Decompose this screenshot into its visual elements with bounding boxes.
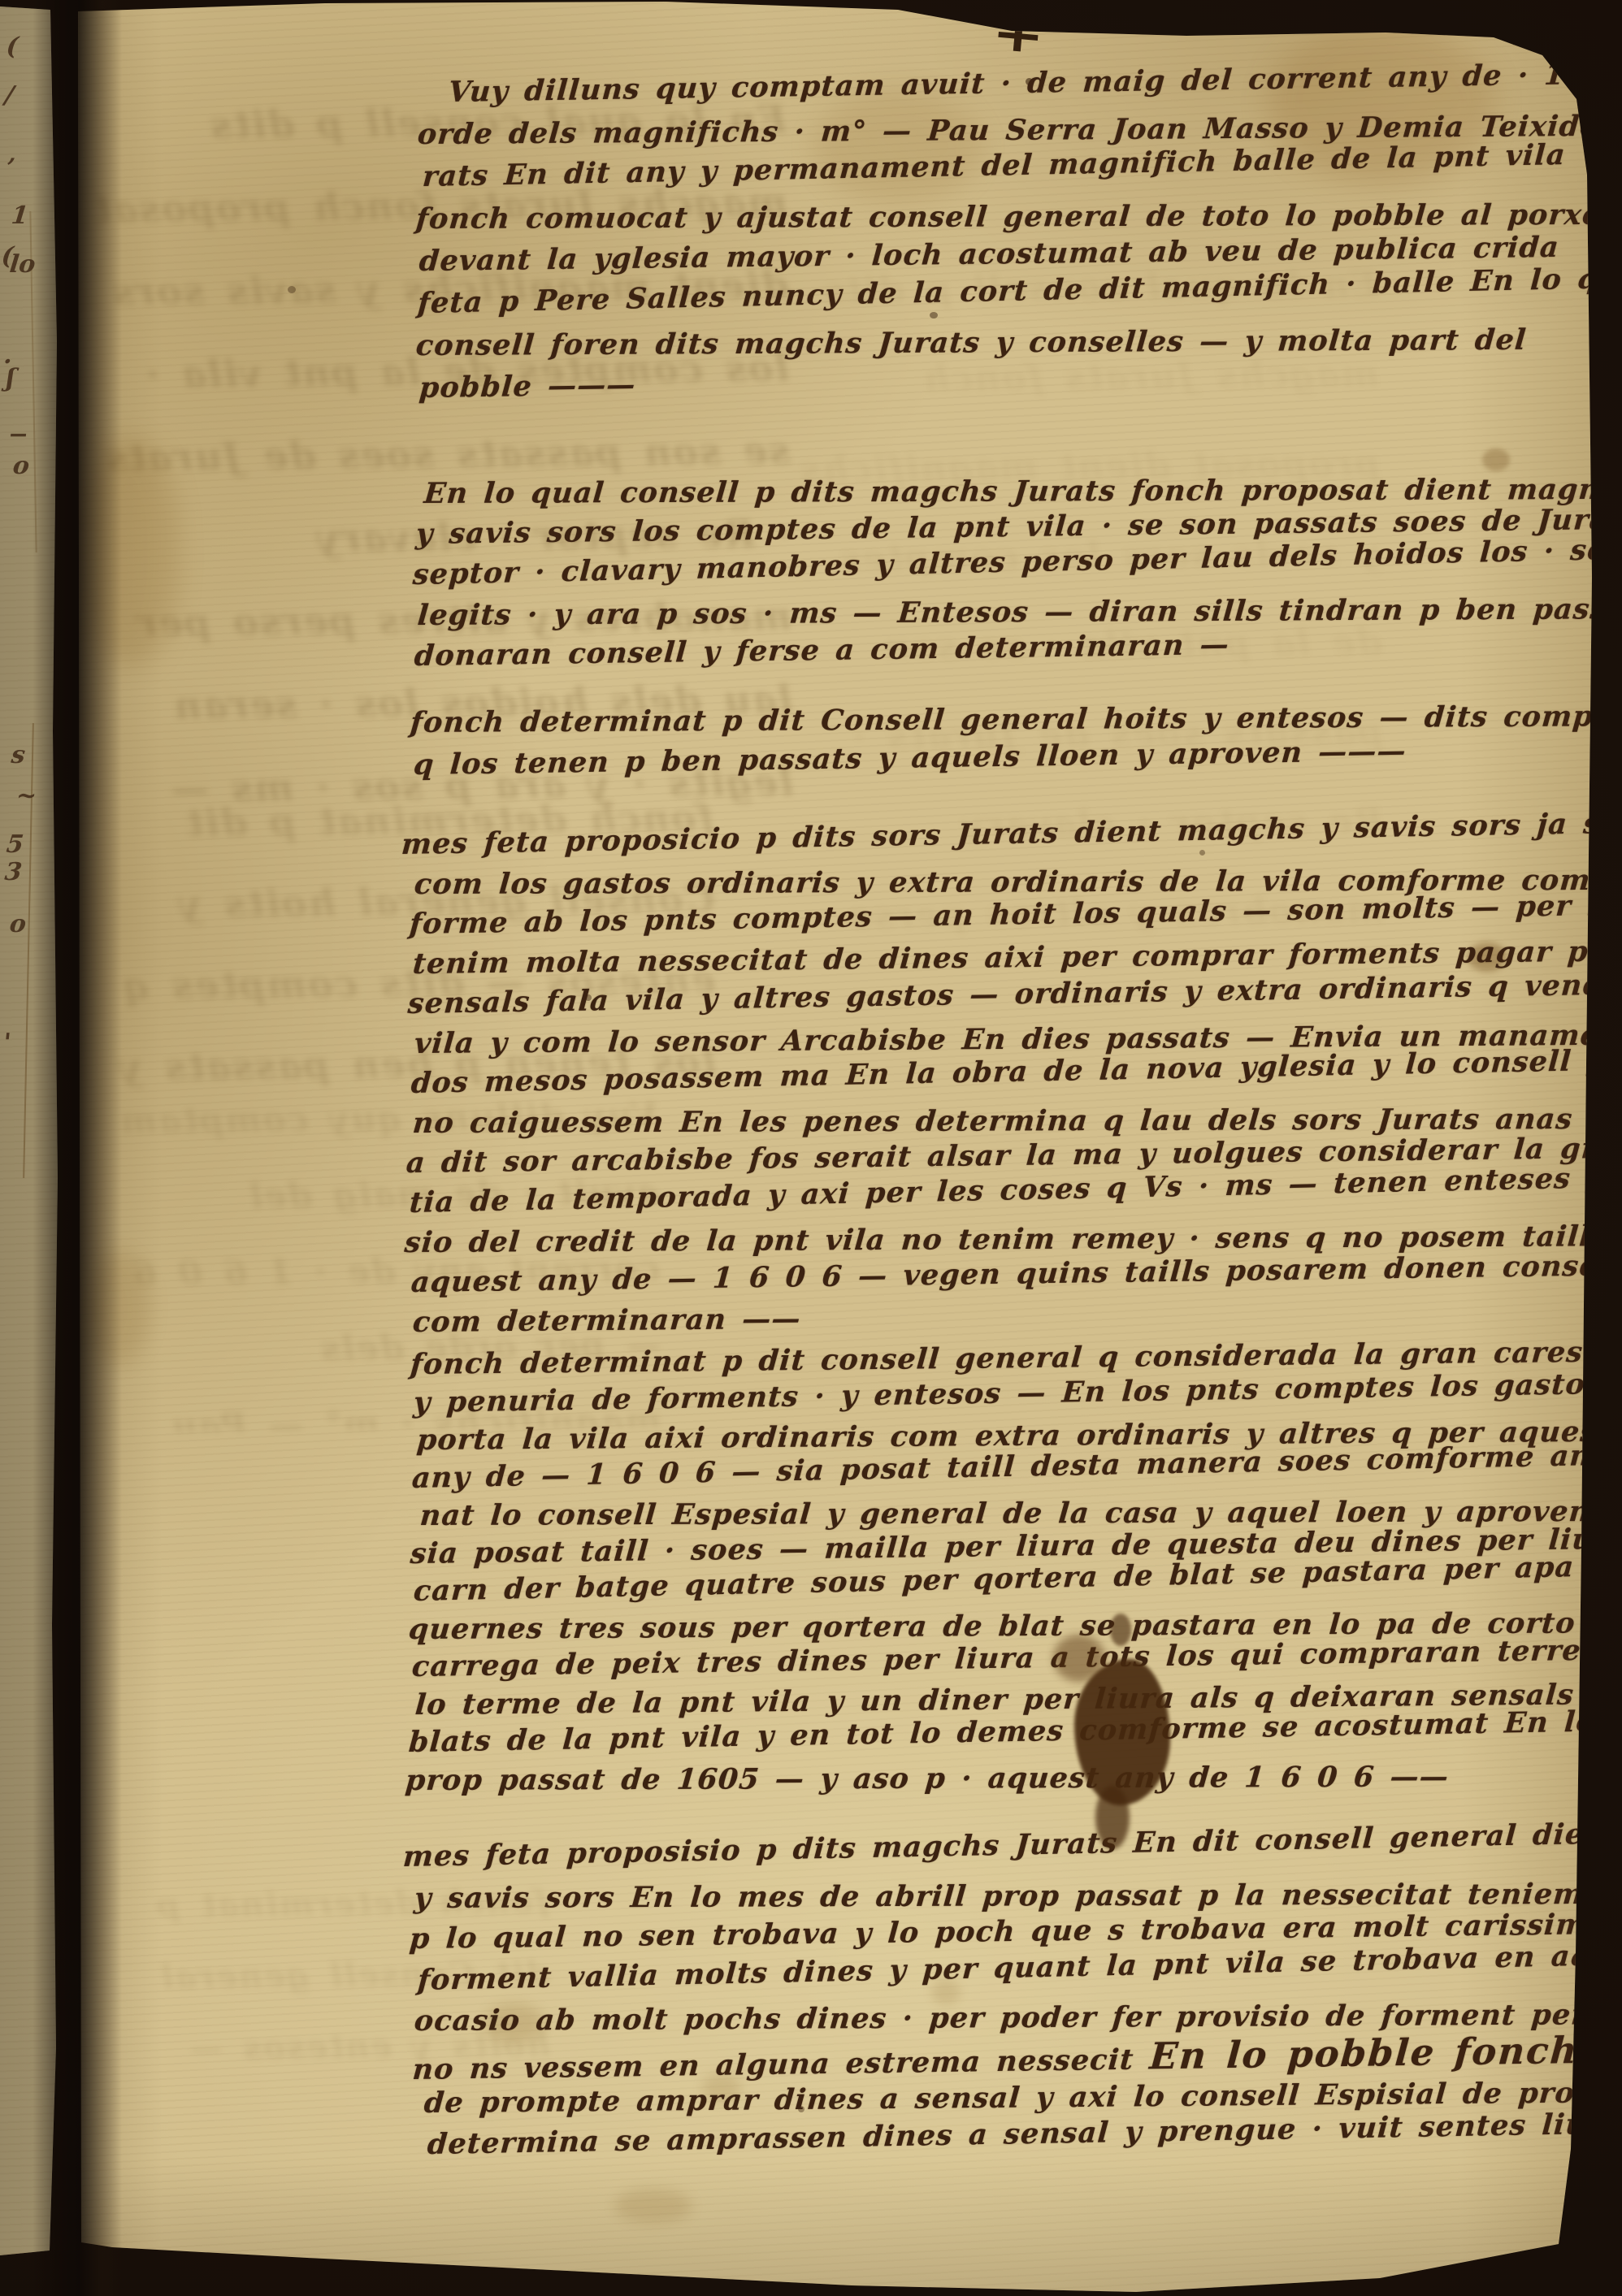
facing-page-text-fragment: 5 — [5, 830, 25, 859]
manuscript-line: fonch comuocat y ajustat consell general… — [415, 201, 1603, 233]
manuscript-line: En lo qual consell p dits magchs Jurats … — [423, 475, 1622, 508]
manuscript-line: fonch determinat p dit Consell general h… — [410, 702, 1622, 737]
facing-page-text-fragment: ~ — [15, 782, 38, 810]
handwritten-text: com determinaran —— — [411, 1302, 802, 1339]
manuscript-line: consell foren dits magchs Jurats y conse… — [415, 326, 1528, 360]
handwritten-text: pobble ——— — [418, 368, 637, 405]
folio-corner-mark: / — [1577, 4, 1604, 62]
manuscript-line: legits · y ara p sos · ms — Entesos — di… — [417, 594, 1622, 630]
facing-page-text-fragment: lo — [8, 250, 37, 279]
facing-page-text-fragment: 1 — [10, 201, 30, 230]
struck-text: y lo consell — [1586, 1040, 1622, 1077]
manuscript-line: com determinaran —— — [412, 1305, 802, 1336]
handwritten-text: consell foren dits magchs Jurats y conse… — [414, 323, 1528, 362]
handwritten-text: prop passat de 1605 — y aso p · aquest a… — [404, 1760, 1450, 1796]
handwritten-text: legits · y ara p sos · ms — Entesos — di… — [416, 591, 1622, 632]
invocation-cross-icon: + — [990, 5, 1047, 65]
emphasized-text: En lo pobble fonch forsat — [1148, 2026, 1622, 2077]
manuscript-line: prop passat de 1605 — y aso p · aquest a… — [405, 1762, 1451, 1794]
facing-page-text-fragment: s — [10, 741, 27, 769]
facing-page-text-fragment: o — [11, 452, 31, 480]
manuscript-line: no caiguessem En les penes determina q l… — [412, 1104, 1622, 1137]
folio-number: ·265 — [1501, 19, 1572, 52]
manuscript-line: y savis sors En lo mes de abrill prop pa… — [414, 1879, 1622, 1913]
handwritten-text: fonch comuocat y ajustat consell general… — [414, 198, 1603, 236]
scan-background: (/‚1(lo·ʃ−os~53o' En lo qual consell p d… — [0, 0, 1622, 2296]
manuscript-page: En lo qual consell p dits magchs Jurats … — [0, 0, 1622, 2296]
handwritten-text: y savis sors En lo mes de abrill prop pa… — [413, 1877, 1622, 1915]
facing-page-text-fragment: − — [7, 421, 30, 449]
facing-page-text-fragment: o — [8, 910, 28, 938]
facing-page-text-fragment: 3 — [3, 858, 24, 886]
handwritten-text: fonch determinat p dit Consell general h… — [409, 700, 1622, 739]
manuscript-line: pobble ——— — [419, 370, 637, 402]
